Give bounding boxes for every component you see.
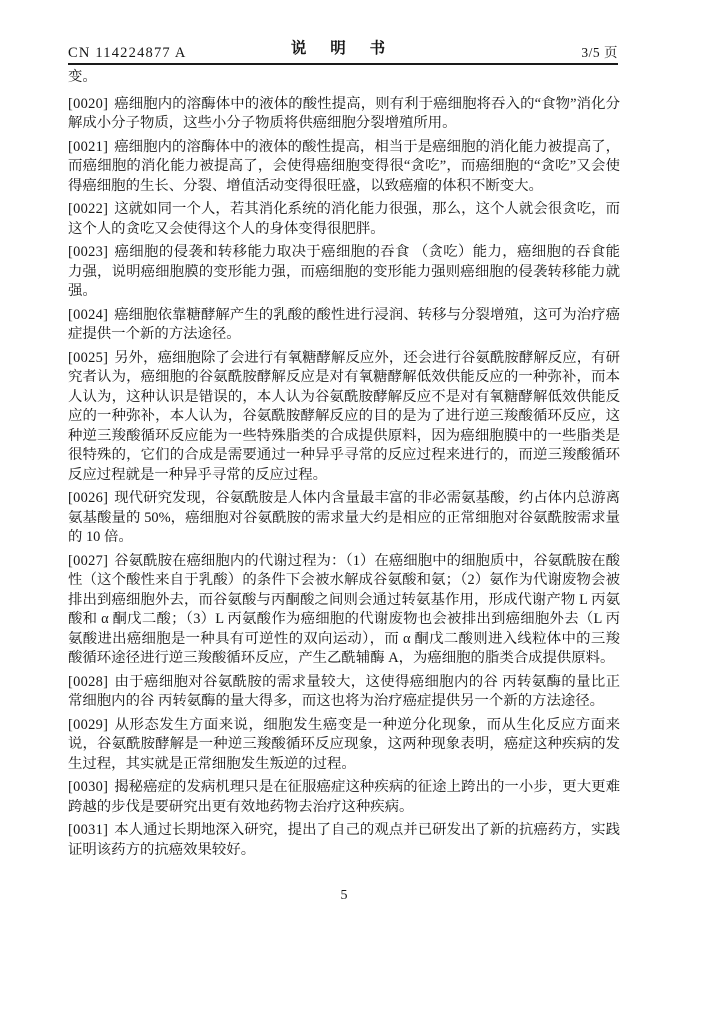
paragraph-text: 癌细胞内的溶酶体中的液体的酸性提高，则有利于癌细胞将吞入的“食物”消化分解成小分… [68, 96, 620, 132]
paragraph-0030: [0030]揭秘癌症的发病机理只是在征服癌症这种疾病的征途上跨出的一小步，更大更… [68, 778, 620, 817]
paragraph-0028: [0028]由于癌细胞对谷氨酰胺的需求量较大，这使得癌细胞内的谷 丙转氨酶的量比… [68, 673, 620, 712]
paragraph-0020: [0020]癌细胞内的溶酶体中的液体的酸性提高，则有利于癌细胞将吞入的“食物”消… [68, 95, 620, 134]
paragraph-0022: [0022]这就如同一个人，若其消化系统的消化能力很强，那么，这个人就会很贪吃，… [68, 200, 620, 239]
paragraph-0031: [0031]本人通过长期地深入研究，提出了自己的观点并已研发出了新的抗癌药方，实… [68, 821, 620, 860]
paragraph-number: [0022] [68, 201, 108, 217]
paragraph-text: 癌细胞内的溶酶体中的液体的酸性提高，相当于是癌细胞的消化能力被提高了，而癌细胞的… [68, 139, 620, 194]
paragraph-number: [0023] [68, 244, 108, 260]
paragraph-text: 本人通过长期地深入研究，提出了自己的观点并已研发出了新的抗癌药方，实践证明该药方… [68, 822, 620, 858]
paragraph-0025: [0025]另外，癌细胞除了会进行有氧糖酵解反应外，还会进行谷氨酰胺酵解反应，有… [68, 349, 620, 486]
specification-body: 变。 [0020]癌细胞内的溶酶体中的液体的酸性提高，则有利于癌细胞将吞入的“食… [68, 68, 620, 860]
paragraph-number: [0026] [68, 490, 108, 506]
paragraph-0027: [0027]谷氨酰胺在癌细胞内的代谢过程为：（1）在癌细胞中的细胞质中，谷氨酰胺… [68, 552, 620, 669]
paragraph-number: [0030] [68, 779, 108, 795]
paragraph-text: 揭秘癌症的发病机理只是在征服癌症这种疾病的征途上跨出的一小步，更大更难跨越的步伐… [68, 779, 620, 815]
paragraph-number: [0031] [68, 822, 108, 838]
paragraph-text: 另外，癌细胞除了会进行有氧糖酵解反应外，还会进行谷氨酰胺酵解反应，有研究者认为，… [68, 350, 620, 483]
paragraph-0026: [0026]现代研究发现，谷氨酰胺是人体内含量最丰富的非必需氨基酸，约占体内总游… [68, 489, 620, 548]
paragraph-0023: [0023]癌细胞的侵袭和转移能力取决于癌细胞的吞食 （贪吃）能力，癌细胞的吞食… [68, 243, 620, 302]
paragraph-text: 这就如同一个人，若其消化系统的消化能力很强，那么，这个人就会很贪吃，而这个人的贪… [68, 201, 620, 237]
paragraph-text: 癌细胞的侵袭和转移能力取决于癌细胞的吞食 （贪吃）能力，癌细胞的吞食能力强，说明… [68, 244, 620, 299]
paragraph-number: [0028] [68, 674, 108, 690]
paragraph-text: 谷氨酰胺在癌细胞内的代谢过程为：（1）在癌细胞中的细胞质中，谷氨酰胺在酸性（这个… [68, 553, 620, 667]
paragraph-0021: [0021]癌细胞内的溶酶体中的液体的酸性提高，相当于是癌细胞的消化能力被提高了… [68, 138, 620, 197]
paragraph-text: 现代研究发现，谷氨酰胺是人体内含量最丰富的非必需氨基酸，约占体内总游离氨基酸量的… [68, 490, 620, 545]
page-header: CN 114224877 A 说 明 书 3/5 页 [68, 34, 618, 65]
paragraph-number: [0025] [68, 350, 108, 366]
paragraph-text: 癌细胞依靠糖酵解产生的乳酸的酸性进行浸润、转移与分裂增殖，这可为治疗癌症提供一个… [68, 307, 620, 343]
footer-page-number: 5 [341, 888, 348, 903]
paragraph-number: [0027] [68, 553, 108, 569]
document-title: 说 明 书 [68, 36, 618, 58]
patent-document-page: CN 114224877 A 说 明 书 3/5 页 变。 [0020]癌细胞内… [0, 0, 720, 1018]
paragraph-text: 从形态发生方面来说，细胞发生癌变是一种逆分化现象，而从生化反应方面来说，谷氨酰胺… [68, 717, 620, 772]
page-footer: 5 [68, 888, 620, 904]
paragraph-number: [0024] [68, 307, 108, 323]
paragraph-number: [0020] [68, 96, 108, 112]
paragraph-number: [0029] [68, 717, 108, 733]
paragraph-0029: [0029]从形态发生方面来说，细胞发生癌变是一种逆分化现象，而从生化反应方面来… [68, 716, 620, 775]
continuation-line: 变。 [68, 68, 620, 88]
paragraph-number: [0021] [68, 139, 108, 155]
paragraph-text: 由于癌细胞对谷氨酰胺的需求量较大，这使得癌细胞内的谷 丙转氨酶的量比正常细胞内的… [68, 674, 620, 710]
page-indicator: 3/5 页 [581, 41, 618, 61]
paragraph-0024: [0024]癌细胞依靠糖酵解产生的乳酸的酸性进行浸润、转移与分裂增殖，这可为治疗… [68, 306, 620, 345]
